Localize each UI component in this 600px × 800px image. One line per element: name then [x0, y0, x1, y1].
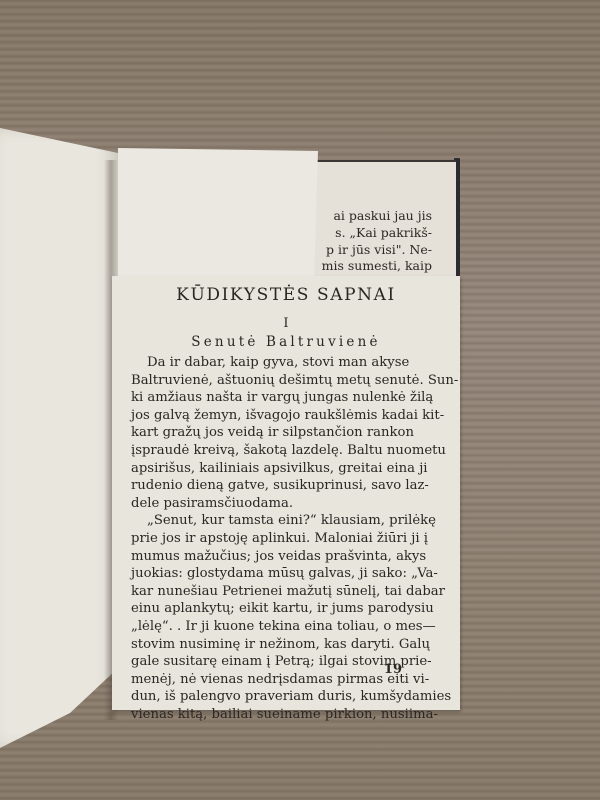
text-line: einu aplankytų; eikit kartu, ir jums par…	[131, 600, 386, 618]
underlying-text-line: p ir jūs visi". Ne-	[302, 242, 432, 258]
underlying-text-line: s. „Kai pakrikš-	[302, 225, 432, 241]
text-line: gale susitarę einam į Petrą; ilgai stovi…	[131, 653, 386, 671]
chapter-title: KŪDIKYSTĖS SAPNAI	[112, 285, 460, 305]
left-blank-page	[0, 128, 118, 748]
page-number: 19	[384, 662, 402, 677]
text-line: mumus mažučius; jos veidas prašvinta, ak…	[131, 548, 386, 566]
section-title: Senutė Baltruvienė	[112, 334, 460, 350]
text-line: Da ir dabar, kaip gyva, stovi man akyse	[131, 354, 386, 372]
text-line: Baltruvienė, aštuonių dešimtų metų senut…	[131, 372, 386, 390]
text-line: ki amžiaus našta ir vargų jungas nulenkė…	[131, 389, 386, 407]
text-line: įspraudė kreivą, šakotą lazdelę. Baltu n…	[131, 442, 386, 460]
underlying-page: ai paskui jau jis s. „Kai pakrikš- p ir …	[300, 160, 456, 280]
chapter-number: I	[112, 316, 460, 331]
text-line: „lėlę“. . Ir ji kuone tekina eina toliau…	[131, 618, 386, 636]
underlying-text-line: ai paskui jau jis	[302, 208, 432, 224]
text-line: juokias: glostydama mūsų galvas, ji sako…	[131, 565, 386, 583]
text-line: dun, iš palengvo praveriam duris, kumšyd…	[131, 688, 386, 706]
text-line: apsirišus, kailiniais apsivilkus, greita…	[131, 460, 386, 478]
body-text: Da ir dabar, kaip gyva, stovi man akyse …	[131, 354, 386, 723]
text-line: jos galvą žemyn, išvagojo raukšlėmis kad…	[131, 407, 386, 425]
text-line: kart gražų jos veidą ir silpstančion ran…	[131, 424, 386, 442]
text-line: menėj, nė vienas nedrįsdamas pirmas eiti…	[131, 671, 386, 689]
text-line: vienas kitą, bailiai sueiname pirkion, n…	[131, 706, 386, 724]
text-line: dele pasiramsčiuodama.	[131, 495, 386, 513]
underlying-text-line: mis sumesti, kaip	[302, 258, 432, 274]
book-page: KŪDIKYSTĖS SAPNAI I Senutė Baltruvienė D…	[112, 276, 460, 710]
text-line: kar nunešiau Petrienei mažutį sūnelį, ta…	[131, 583, 386, 601]
text-line: rudenio dieną gatve, susikuprinusi, savo…	[131, 477, 386, 495]
text-line: stovim nusiminę ir nežinom, kas daryti. …	[131, 636, 386, 654]
text-line: prie jos ir apstoję aplinkui. Maloniai ž…	[131, 530, 386, 548]
torn-page-flap	[118, 148, 318, 280]
text-line: „Senut, kur tamsta eini?“ klausiam, pril…	[131, 512, 386, 530]
